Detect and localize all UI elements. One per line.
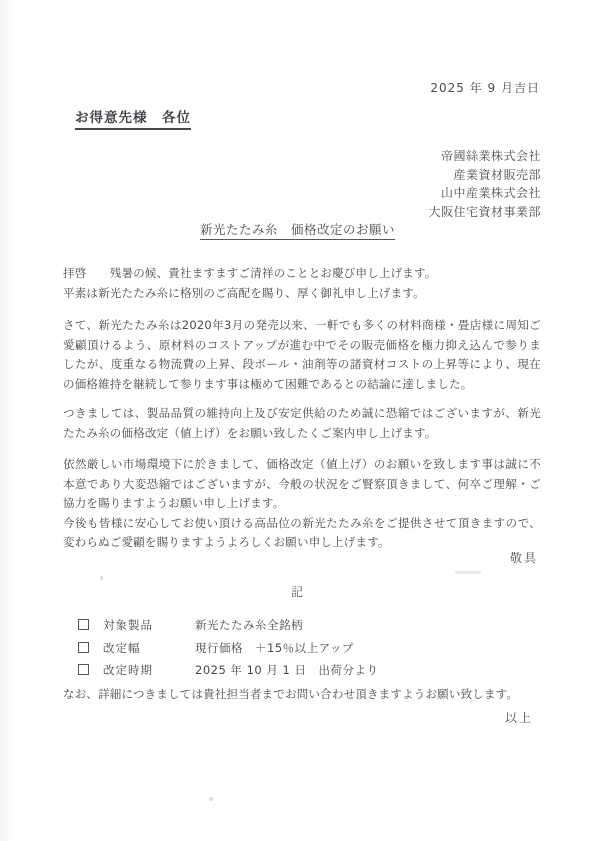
letter-title: 新光たたみ糸 価格改定のお願い <box>200 220 395 240</box>
body-paragraph-3b: 今後も皆様に安心してお使い頂ける高品位の新光たたみ糸をご提供させて頂きますので、… <box>63 514 541 553</box>
scan-smudge <box>455 571 481 574</box>
note-paragraph: なお、詳細につきましては貴社担当者までお問い合わせ頂きますようお願い致します。 <box>63 685 541 705</box>
sender-block: 帝國絲業株式会社 産業資材販売部 山中産業株式会社 大阪住宅資材事業部 <box>428 147 541 221</box>
sender-company-2: 山中産業株式会社 <box>428 184 541 203</box>
checkbox-icon <box>78 642 89 653</box>
detail-label: 改定幅 <box>103 640 195 656</box>
letter-date: 2025 年 9 月吉日 <box>430 79 540 96</box>
detail-label: 対象製品 <box>103 617 195 633</box>
detail-value: 現行価格 ＋15％以上アップ <box>195 640 354 656</box>
greeting-line-2: 平素は新光たたみ糸に格別のご高配を賜り、厚く御礼申し上げます。 <box>63 284 541 304</box>
detail-row-revision-date: 改定時期 2025 年 10 月 1 日 出荷分より <box>78 659 538 682</box>
detail-label: 改定時期 <box>103 662 195 678</box>
body-paragraph-1: さて、新光たたみ糸は2020年3月の発売以来、一軒でも多くの材料商様・畳店様に周… <box>63 316 541 394</box>
greeting-line-1: 拝啓 残暑の候、貴社ますますご清祥のこととお慶び申し上げます。 <box>63 264 541 284</box>
checkbox-icon <box>78 619 89 630</box>
scan-speck <box>209 797 213 801</box>
scan-speck <box>100 576 103 580</box>
letter-title-row: 新光たたみ糸 価格改定のお願い <box>0 219 595 240</box>
sender-department-1: 産業資材販売部 <box>428 166 541 185</box>
notice-heading-ki: 記 <box>0 583 595 600</box>
body-paragraph-2: つきましては、製品品質の維持向上及び安定供給のため誠に恐縮ではございますが、新光… <box>63 404 541 443</box>
recipient-line: お得意先様 各位 <box>75 106 191 130</box>
end-mark-ijou: 以上 <box>505 709 533 726</box>
detail-value: 2025 年 10 月 1 日 出荷分より <box>195 662 379 678</box>
details-list: 対象製品 新光たたみ糸全銘柄 改定幅 現行価格 ＋15％以上アップ 改定時期 2… <box>78 614 538 682</box>
detail-row-revision-range: 改定幅 現行価格 ＋15％以上アップ <box>78 637 538 660</box>
scanned-letter-page: 2025 年 9 月吉日 お得意先様 各位 帝國絲業株式会社 産業資材販売部 山… <box>0 0 595 841</box>
detail-value: 新光たたみ糸全銘柄 <box>195 617 303 633</box>
greeting-paragraph: 拝啓 残暑の候、貴社ますますご清祥のこととお慶び申し上げます。 平素は新光たたみ… <box>63 264 541 303</box>
checkbox-icon <box>78 664 89 675</box>
body-paragraph-3: 依然厳しい市場環境下に於きまして、価格改定（値上げ）のお願いを致します事は誠に不… <box>63 455 541 553</box>
sender-company-1: 帝國絲業株式会社 <box>428 147 541 166</box>
body-paragraph-3a: 依然厳しい市場環境下に於きまして、価格改定（値上げ）のお願いを致します事は誠に不… <box>63 455 541 514</box>
closing-keigu: 敬具 <box>510 549 538 566</box>
detail-row-target-product: 対象製品 新光たたみ糸全銘柄 <box>78 614 538 637</box>
